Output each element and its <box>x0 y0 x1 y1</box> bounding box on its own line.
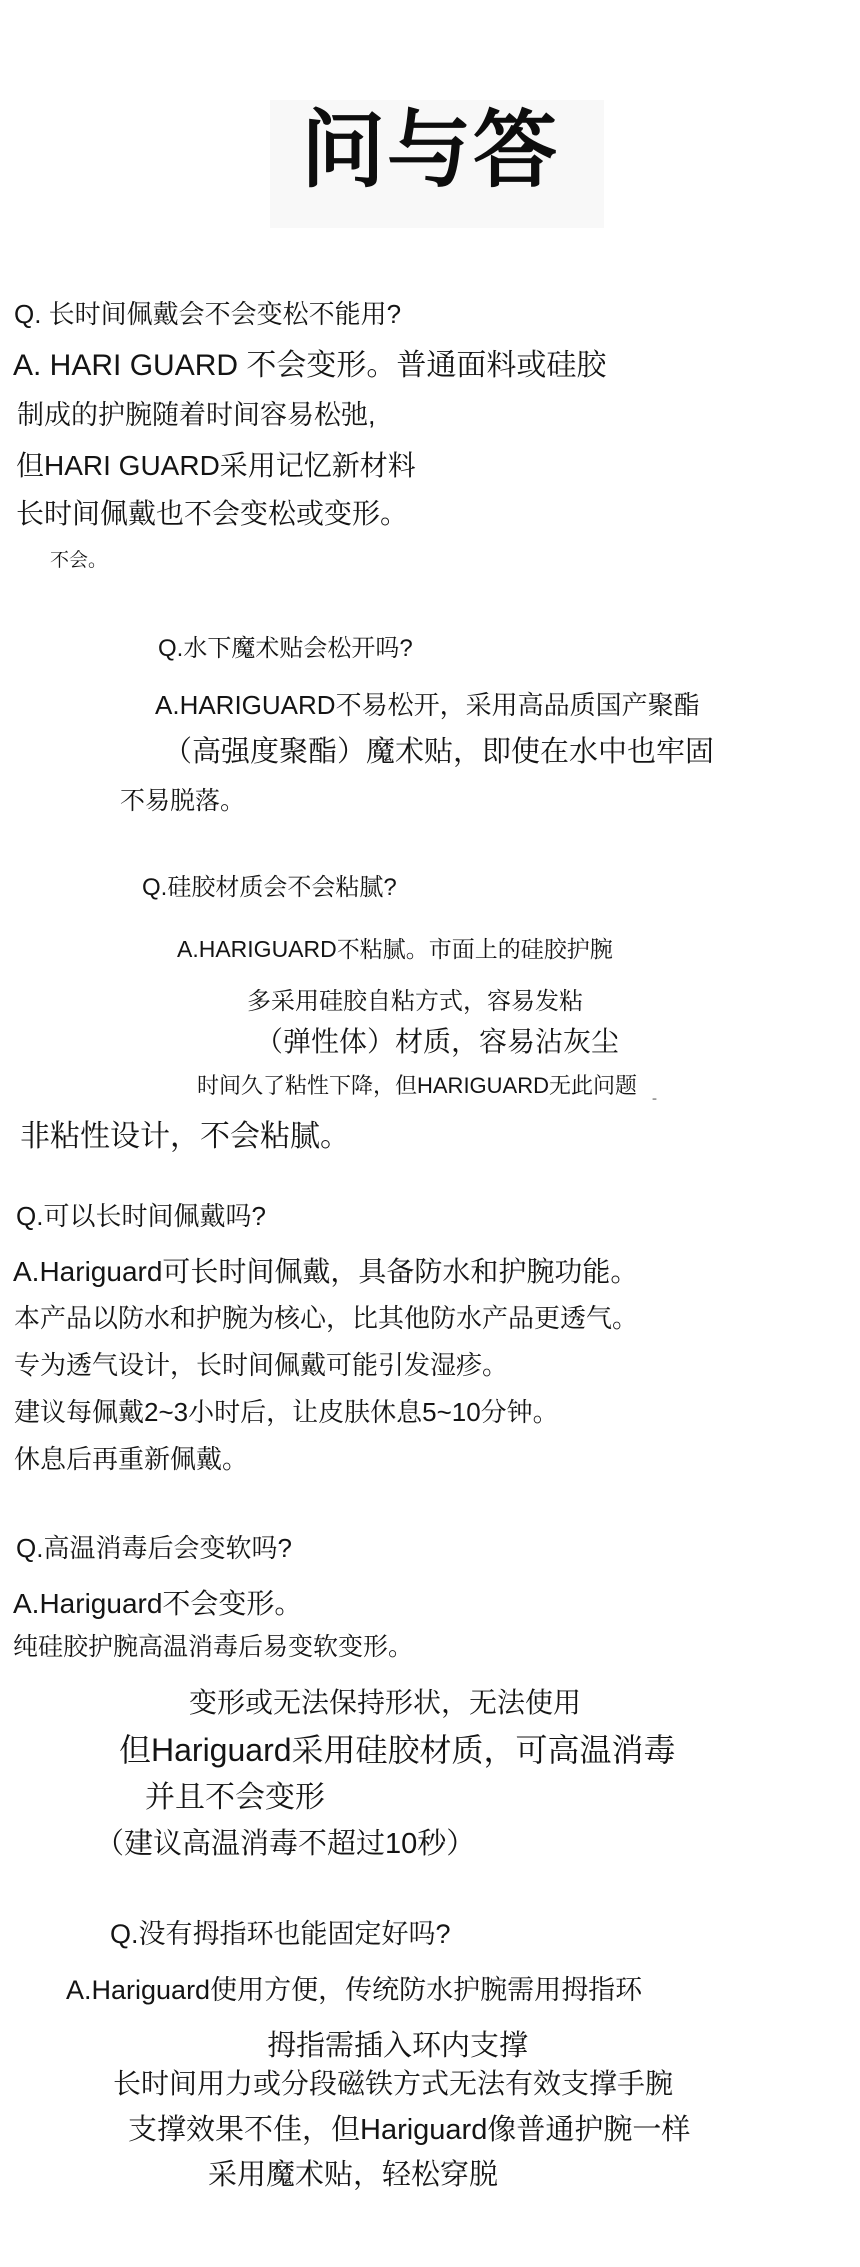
answer-thumb-line-3: 长时间用力或分段磁铁方式无法有效支撑手腕 <box>113 2066 673 2101</box>
answer-heat-line-2: 纯硅胶护腕高温消毒后易变软变形。 <box>13 1632 413 1663</box>
answer-stickiness-line-5: 非粘性设计，不会粘腻。 <box>20 1118 350 1156</box>
answer-thumb-line-4: 支撑效果不佳，但Hariguard像普通护腕一样 <box>128 2112 690 2148</box>
answer-heat-line-1: A.Hariguard不会变形。 <box>13 1586 302 1621</box>
answer-velcro-line-3: 不易脱落。 <box>120 786 245 817</box>
question-long-wear: Q. 长时间佩戴会不会变松不能用? <box>14 298 401 331</box>
question-velcro: Q.水下魔术贴会松开吗? <box>158 634 413 664</box>
answer-thumb-line-1: A.Hariguard使用方便，传统防水护腕需用拇指环 <box>66 1974 642 2008</box>
question-thumb-ring: Q.没有拇指环也能固定好吗? <box>110 1918 451 1952</box>
answer-heat-line-3: 变形或无法保持形状，无法使用 <box>189 1685 581 1720</box>
answer-thumb-line-5: 采用魔术贴，轻松穿脱 <box>208 2157 498 2193</box>
question-wear-duration: Q.可以长时间佩戴吗? <box>16 1200 266 1233</box>
answer-duration-line-4: 建议每佩戴2~3小时后，让皮肤休息5~10分钟。 <box>14 1396 559 1429</box>
answer-duration-line-3: 专为透气设计，长时间佩戴可能引发湿疹。 <box>14 1349 508 1382</box>
answer-duration-line-2: 本产品以防水和护腕为核心，比其他防水产品更透气。 <box>14 1302 638 1335</box>
answer-heat-line-5: 并且不会变形 <box>145 1779 325 1817</box>
answer-stickiness-line-4: 时间久了粘性下降，但HARIGUARD无此问题 <box>197 1072 637 1100</box>
question-stickiness: Q.硅胶材质会不会粘腻? <box>142 873 397 903</box>
answer-long-wear-note: 不会。 <box>50 549 107 573</box>
answer-long-wear-line-3: 但HARI GUARD采用记忆新材料 <box>16 448 416 483</box>
question-heat: Q.高温消毒后会变软吗? <box>16 1532 292 1565</box>
answer-stickiness-line-3: （弹性体）材质，容易沾灰尘 <box>255 1024 619 1059</box>
answer-heat-note: （建议高温消毒不超过10秒） <box>95 1826 475 1862</box>
answer-duration-line-1: A.Hariguard可长时间佩戴，具备防水和护腕功能。 <box>13 1254 638 1289</box>
answer-stickiness-line-1: A.HARIGUARD不粘腻。市面上的硅胶护腕 <box>177 935 613 964</box>
answer-stickiness-line-2: 多采用硅胶自粘方式，容易发粘 <box>247 987 583 1017</box>
answer-velcro-line-2: （高强度聚酯）魔术贴，即使在水中也牢固 <box>163 734 714 770</box>
answer-long-wear-line-1: A. HARI GUARD 不会变形。普通面料或硅胶 <box>13 347 606 385</box>
faq-page: 问与答 Q. 长时间佩戴会不会变松不能用? A. HARI GUARD 不会变形… <box>0 0 860 2267</box>
answer-heat-line-4: 但Hariguard采用硅胶材质，可高温消毒 <box>119 1730 676 1770</box>
stray-dash-mark: - <box>652 1090 657 1107</box>
answer-duration-line-5: 休息后再重新佩戴。 <box>14 1443 248 1476</box>
answer-long-wear-line-4: 长时间佩戴也不会变松或变形。 <box>16 496 408 531</box>
answer-velcro-line-1: A.HARIGUARD不易松开，采用高品质国产聚酯 <box>155 689 700 722</box>
page-title: 问与答 <box>0 104 860 201</box>
answer-thumb-line-2: 拇指需插入环内支撑 <box>267 2028 528 2064</box>
answer-long-wear-line-2: 制成的护腕随着时间容易松弛, <box>17 399 376 433</box>
